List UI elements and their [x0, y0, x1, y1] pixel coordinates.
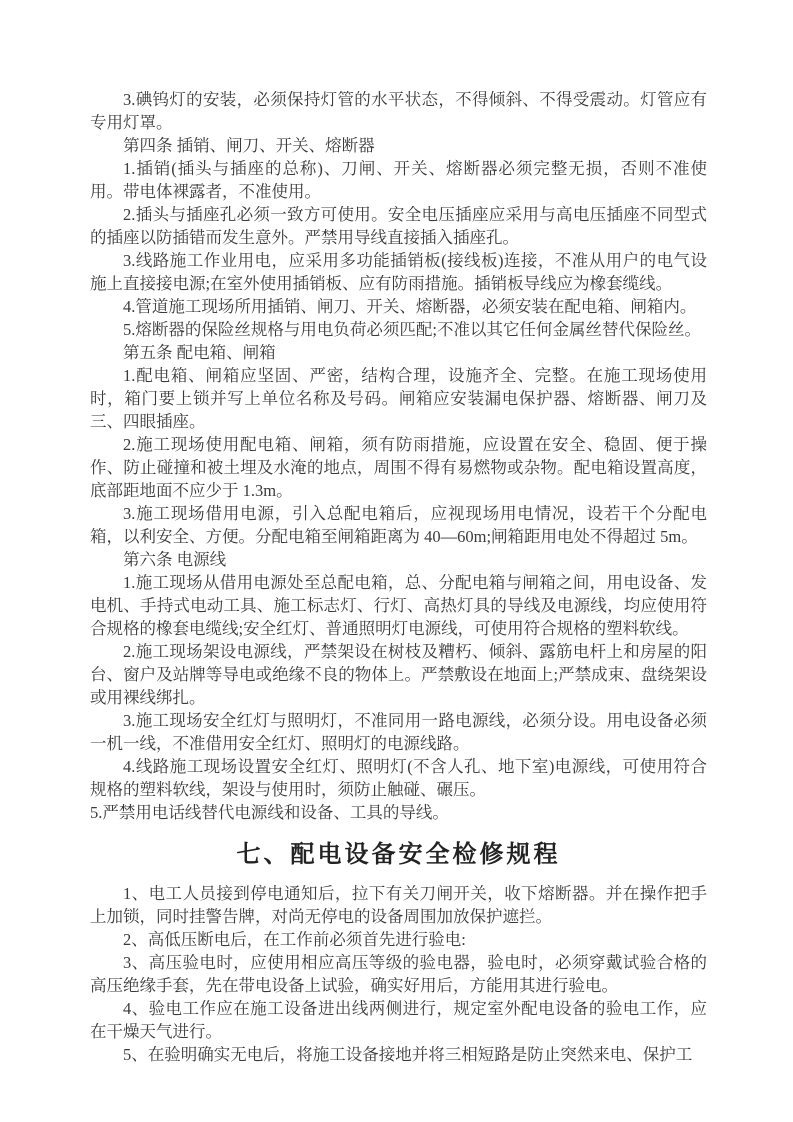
paragraph: 2、高低压断电后，在工作前必须首先进行验电: [90, 928, 707, 951]
paragraph: 1.插销(插头与插座的总称)、刀闸、开关、熔断器必须完整无损，否则不准使用。带电… [90, 157, 707, 203]
document-page: 3.碘钨灯的安装，必须保持灯管的水平状态，不得倾斜、不得受震动。灯管应有专用灯罩… [0, 0, 793, 1122]
paragraph: 3.施工现场安全红灯与照明灯，不准同用一路电源线，必须分设。用电设备必须一机一线… [90, 709, 707, 755]
paragraph: 1、电工人员接到停电通知后，拉下有关刀闸开关，收下熔断器。并在操作把手上加锁，同… [90, 882, 707, 928]
paragraph: 5.严禁用电话线替代电源线和设备、工具的导线。 [90, 801, 707, 824]
paragraph: 1.施工现场从借用电源处至总配电箱，总、分配电箱与闸箱之间，用电设备、发电机、手… [90, 571, 707, 640]
paragraph: 5.熔断器的保险丝规格与用电负荷必须匹配;不准以其它任何金属丝替代保险丝。 [90, 318, 707, 341]
paragraph: 4.管道施工现场所用插销、闸刀、开关、熔断器，必须安装在配电箱、闸箱内。 [90, 295, 707, 318]
paragraph: 3、高压验电时，应使用相应高压等级的验电器，验电时，必须穿戴试验合格的高压绝缘手… [90, 951, 707, 997]
paragraph: 1.配电箱、闸箱应坚固、严密，结构合理，设施齐全、完整。在施工现场使用时，箱门要… [90, 364, 707, 433]
paragraph: 4.线路施工现场设置安全红灯、照明灯(不含人孔、地下室)电源线，可使用符合规格的… [90, 755, 707, 801]
paragraph: 2.施工现场架设电源线，严禁架设在树枝及糟朽、倾斜、露筋电杆上和房屋的阳台、窗户… [90, 640, 707, 709]
article-heading-5: 第五条 配电箱、闸箱 [90, 341, 707, 364]
paragraph: 4、验电工作应在施工设备进出线两侧进行，规定室外配电设备的验电工作，应在干燥天气… [90, 997, 707, 1043]
paragraph: 3.施工现场借用电源，引入总配电箱后，应视现场用电情况，设若干个分配电箱，以利安… [90, 502, 707, 548]
chapter-title: 七、配电设备安全检修规程 [90, 838, 707, 872]
paragraph: 2.插头与插座孔必须一致方可使用。安全电压插座应采用与高电压插座不同型式的插座以… [90, 203, 707, 249]
paragraph: 3.线路施工作业用电，应采用多功能插销板(接线板)连接，不准从用户的电气设施上直… [90, 249, 707, 295]
paragraph: 2.施工现场使用配电箱、闸箱，须有防雨措施，应设置在安全、稳固、便于操作、防止碰… [90, 433, 707, 502]
paragraph: 5、在验明确实无电后，将施工设备接地并将三相短路是防止突然来电、保护工 [90, 1043, 707, 1066]
article-heading-4: 第四条 插销、闸刀、开关、熔断器 [90, 134, 707, 157]
paragraph: 3.碘钨灯的安装，必须保持灯管的水平状态，不得倾斜、不得受震动。灯管应有专用灯罩… [90, 88, 707, 134]
article-heading-6: 第六条 电源线 [90, 548, 707, 571]
